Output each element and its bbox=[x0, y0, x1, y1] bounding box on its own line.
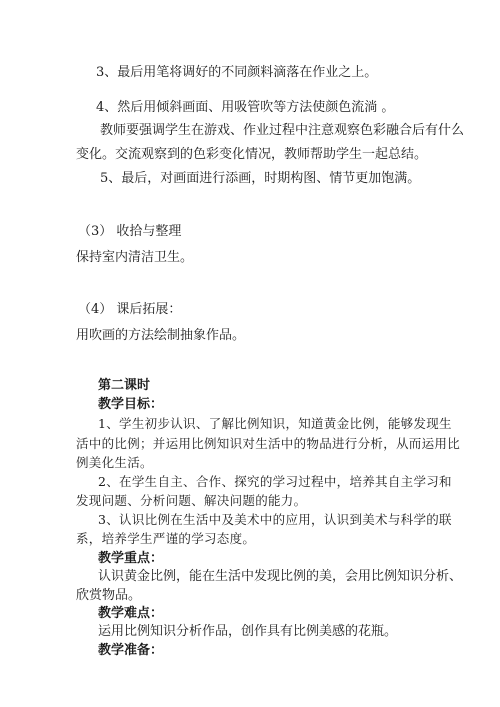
objective-2-line-1: 2、在学生自主、合作、探究的学习过程中，培养其自主学习和 bbox=[98, 474, 452, 490]
teacher-note-line-1: 教师要强调学生在游戏、作业过程中注意观察色彩融合后有什么 bbox=[100, 123, 464, 139]
objective-1-line-1: 1、学生初步认识、了解比例知识，知道黄金比例，能够发现生 bbox=[98, 416, 452, 432]
difficulties-body: 运用比例知识分析作品，创作具有比例美感的花瓶。 bbox=[98, 624, 397, 640]
preparation-heading: 教学准备： bbox=[98, 643, 163, 659]
key-points-line-2: 欣赏物品。 bbox=[76, 588, 141, 604]
section-3-body: 保持室内清洁卫生。 bbox=[76, 250, 193, 266]
objective-3-line-1: 3、认识比例在生活中及美术中的应用，认识到美术与科学的联 bbox=[98, 512, 452, 528]
step-5: 5、最后，对画面进行添画，时期构图、情节更加饱满。 bbox=[100, 171, 420, 187]
key-points-line-1: 认识黄金比例，能在生活中发现比例的美，会用比例知识分析、 bbox=[98, 569, 462, 585]
section-4-heading: （4） 课后拓展： bbox=[78, 302, 181, 318]
section-4-body: 用吹画的方法绘制抽象作品。 bbox=[76, 328, 245, 344]
difficulties-heading: 教学难点： bbox=[98, 606, 163, 622]
objective-1-line-3: 例美化生活。 bbox=[76, 455, 153, 471]
step-3: 3、最后用笔将调好的不同颜料滴落在作业之上。 bbox=[96, 65, 377, 81]
teacher-note-line-2: 变化。交流观察到的色彩变化情况，教师帮助学生一起总结。 bbox=[76, 147, 427, 163]
objective-1-line-2: 活中的比例；并运用比例知识对生活中的物品进行分析，从而运用比 bbox=[76, 436, 460, 452]
lesson-title: 第二课时 bbox=[98, 378, 150, 394]
objectives-heading: 教学目标： bbox=[98, 397, 163, 413]
objective-2-line-2: 发现问题、分析问题、解决问题的能力。 bbox=[76, 493, 306, 509]
section-3-heading: （3） 收拾与整理 bbox=[78, 224, 181, 240]
objective-3-line-2: 系，培养学生严谨的学习态度。 bbox=[76, 531, 255, 547]
key-points-heading: 教学重点： bbox=[98, 551, 163, 567]
step-4: 4、然后用倾斜画面、用吸管吹等方法使颜色流淌 。 bbox=[96, 100, 394, 116]
